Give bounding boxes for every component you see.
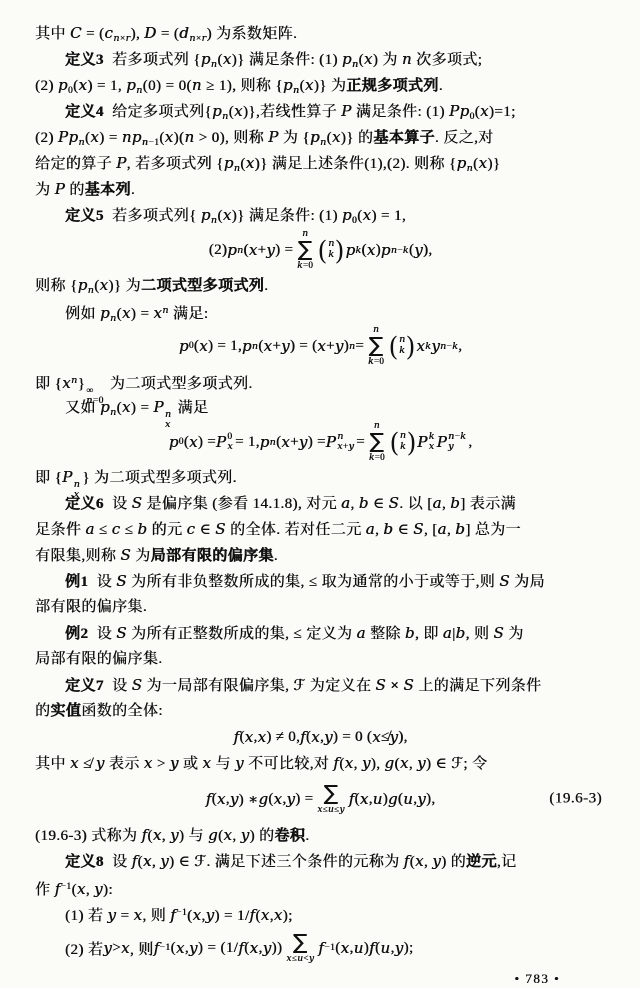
convolution-equation-19-6-3: f(x, y) ∗ g(x, y) = ∑x≤u≤y f(x, u)g(u, y… [35,776,606,822]
page-content: 其中 C = (cn×r), D = (dn×r) 为系数矩阵. 定义3 若多项… [0,0,640,988]
example-pn-intro-line: 又如 pn(x) = Pnx 满足 [35,394,606,420]
definition-3-line-1: 定义3 若多项式列 {pn(x)} 满足条件: (1) pn(x) 为 n 次多… [35,46,606,72]
definition-6-line-3: 有限集,则称 S 为局部有限的偏序集. [35,542,606,568]
example-pn-conclusion-line: 即 {Pnx} 为二项式型多项式列. [35,464,606,490]
definition-4-line-4: 为 P 的基本列. [35,176,606,202]
example-2-line-1: 例2 设 S 为所有正整数所成的集, ≤ 定义为 a 整除 b, 即 a|b, … [35,620,606,646]
example-1-line-1: 例1 设 S 为所有非负整数所成的集, ≤ 取为通常的小于或等于,则 S 为局 [35,568,606,594]
inverse-condition-2-line: (2) 若 y > x, 则 f−1(x, y) = (1/f(x, y)) ∑… [35,926,606,970]
definition-6-line-1: 定义6 设 S 是偏序集 (参看 14.1.8), 对元 a, b ∈ S. 以… [35,490,606,516]
definition-3-line-2: (2) p0(x) = 1, pn(0) = 0(n ≥ 1), 则称 {pn(… [35,72,606,98]
example-2-line-2: 局部有限的偏序集. [35,646,606,672]
example-xn-conclusion-line: 即 {xn}∞n=0 为二项式型多项式列. [35,368,606,394]
definition-7-line-1: 定义7 设 S 为一局部有限偏序集, ℱ 为定义在 S × S 上的满足下列条件 [35,672,606,698]
definition-8-line-1: 定义8 设 f(x, y) ∈ ℱ. 满足下述三个条件的元称为 f(x, y) … [35,848,606,874]
definition-7-line-3: 其中 x ≰ y 表示 x > y 或 x 与 y 不可比较,对 f(x, y)… [35,750,606,776]
page-number: • 783 • [35,970,606,988]
inverse-condition-1-line: (1) 若 y = x, 则 f−1(x,y) = 1/f(x,x); [35,900,606,926]
book-page: 其中 C = (cn×r), D = (dn×r) 为系数矩阵. 定义3 若多项… [0,0,640,988]
definition-5-line-2: 则称 {pn(x)} 为二项式型多项式列. [35,272,606,298]
example-xn-equation: p0(x) = 1, pn(x + y) = (x + y)n = n∑k=0(… [35,324,606,368]
example-1-line-2: 部有限的偏序集. [35,594,606,620]
example-pn-equation: p0(x) = P0x = 1, pn(x + y) = Pnx+y = n∑k… [35,420,606,464]
definition-7-condition-equation: f(x, x) ≠ 0, f(x, y) = 0 (x ≰ y), [35,724,606,750]
definition-4-line-2: (2) Ppn(x) = npn−1(x)(n > 0), 则称 P 为 {pn… [35,124,606,150]
definition-5-equation: (2) pn(x + y) = n∑k=0(nk) pk(x)pn−k(y), [35,228,606,272]
definition-8-line-2: 作 f−1(x, y): [35,874,606,900]
definition-6-line-2: 足条件 a ≤ c ≤ b 的元 c ∈ S 的全体. 若对任二元 a, b ∈… [35,516,606,542]
definition-5-line-1: 定义5 若多项式列{ pn(x)} 满足条件: (1) p0(x) = 1, [35,202,606,228]
definition-4-line-1: 定义4 给定多项式列{pn(x)},若线性算子 P 满足条件: (1) Pp0(… [35,98,606,124]
definition-7-line-2: 的实值函数的全体: [35,698,606,724]
example-xn-intro-line: 例如 pn(x) = xn 满足: [35,298,606,324]
coefficient-matrix-line: 其中 C = (cn×r), D = (dn×r) 为系数矩阵. [35,20,606,46]
definition-4-line-3: 给定的算子 P, 若多项式列 {pn(x)} 满足上述条件(1),(2). 则称… [35,150,606,176]
convolution-name-line: (19.6-3) 式称为 f(x, y) 与 g(x, y) 的卷积. [35,822,606,848]
